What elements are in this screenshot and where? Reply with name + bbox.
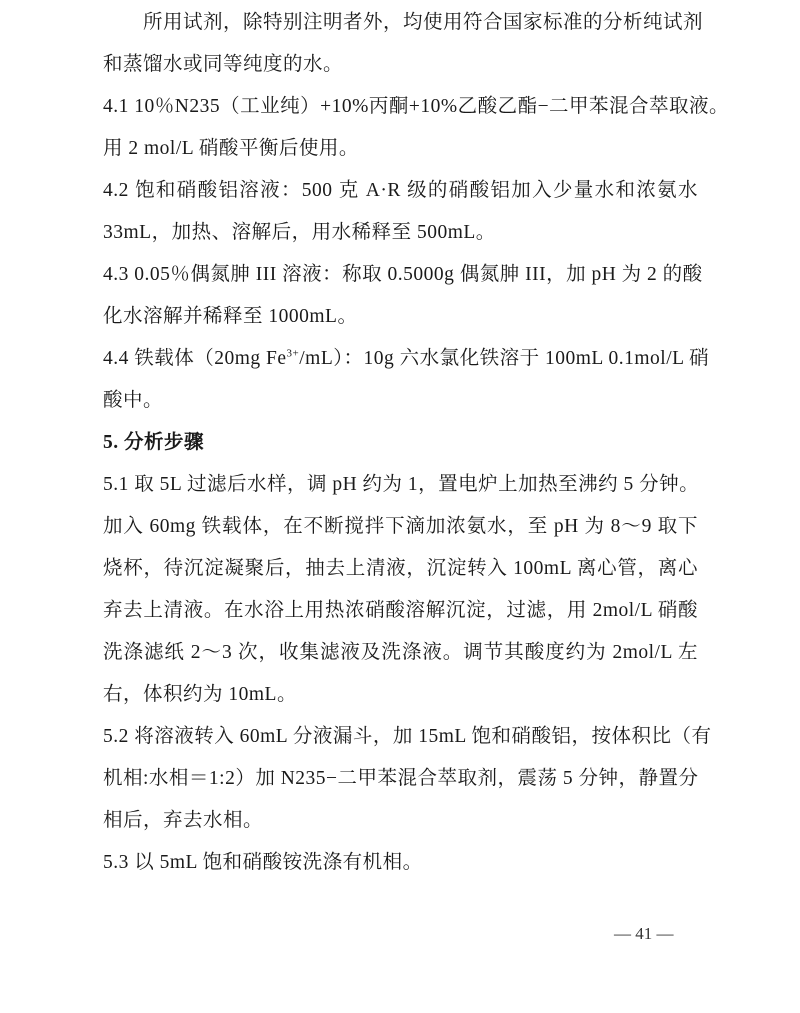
superscript-charge: 3+ bbox=[287, 348, 300, 360]
item-4-2-line-1: 4.2 饱和硝酸铝溶液：500 克 A·R 级的硝酸铝加入少量水和浓氨水 bbox=[103, 177, 698, 205]
item-5-1-line-4: 弃去上清液。在水浴上用热浓硝酸溶解沉淀，过滤，用 2mol/L 硝酸 bbox=[103, 597, 698, 625]
item-5-1-line-3: 烧杯，待沉淀凝聚后，抽去上清液，沉淀转入 100mL 离心管，离心 bbox=[103, 555, 698, 583]
item-4-4-text-pre: 4.4 铁载体（20mg Fe bbox=[103, 348, 287, 369]
item-4-4-line-1: 4.4 铁载体（20mg Fe3+/mL）：10g 六水氯化铁溶于 100mL … bbox=[103, 345, 698, 373]
paragraph-intro-line-1: 所用试剂，除特别注明者外，均使用符合国家标准的分析纯试剂 bbox=[143, 9, 698, 37]
item-4-1-line-2: 用 2 mol/L 硝酸平衡后使用。 bbox=[103, 135, 698, 163]
item-4-4-line-2: 酸中。 bbox=[103, 387, 698, 415]
item-5-1-line-6: 右，体积约为 10mL。 bbox=[103, 681, 698, 709]
item-4-3-line-2: 化水溶解并稀释至 1000mL。 bbox=[103, 303, 698, 331]
section-heading-5: 5. 分析步骤 bbox=[103, 429, 698, 457]
item-5-2-line-3: 相后，弃去水相。 bbox=[103, 807, 698, 835]
item-5-3-line-1: 5.3 以 5mL 饱和硝酸铵洗涤有机相。 bbox=[103, 849, 698, 877]
document-page: 所用试剂，除特别注明者外，均使用符合国家标准的分析纯试剂 和蒸馏水或同等纯度的水… bbox=[0, 0, 800, 1013]
item-4-4-text-post: /mL）：10g 六水氯化铁溶于 100mL 0.1mol/L 硝 bbox=[299, 348, 709, 369]
page-number: — 41 — bbox=[614, 920, 704, 948]
item-4-1-line-1: 4.1 10％N235（工业纯）+10%丙酮+10%乙酸乙酯−二甲苯混合萃取液。 bbox=[103, 93, 698, 121]
item-5-1-line-1: 5.1 取 5L 过滤后水样，调 pH 约为 1，置电炉上加热至沸约 5 分钟。 bbox=[103, 471, 698, 499]
paragraph-intro-line-2: 和蒸馏水或同等纯度的水。 bbox=[103, 51, 698, 79]
item-5-2-line-2: 机相:水相＝1:2）加 N235−二甲苯混合萃取剂，震荡 5 分钟，静置分 bbox=[103, 765, 698, 793]
item-5-2-line-1: 5.2 将溶液转入 60mL 分液漏斗，加 15mL 饱和硝酸铝，按体积比（有 bbox=[103, 723, 698, 751]
item-4-3-line-1: 4.3 0.05％偶氮胂 III 溶液：称取 0.5000g 偶氮胂 III，加… bbox=[103, 261, 698, 289]
item-5-1-line-2: 加入 60mg 铁载体，在不断搅拌下滴加浓氨水，至 pH 为 8～9 取下 bbox=[103, 513, 698, 541]
item-4-2-line-2: 33mL，加热、溶解后，用水稀释至 500mL。 bbox=[103, 219, 698, 247]
item-5-1-line-5: 洗涤滤纸 2～3 次，收集滤液及洗涤液。调节其酸度约为 2mol/L 左 bbox=[103, 639, 698, 667]
